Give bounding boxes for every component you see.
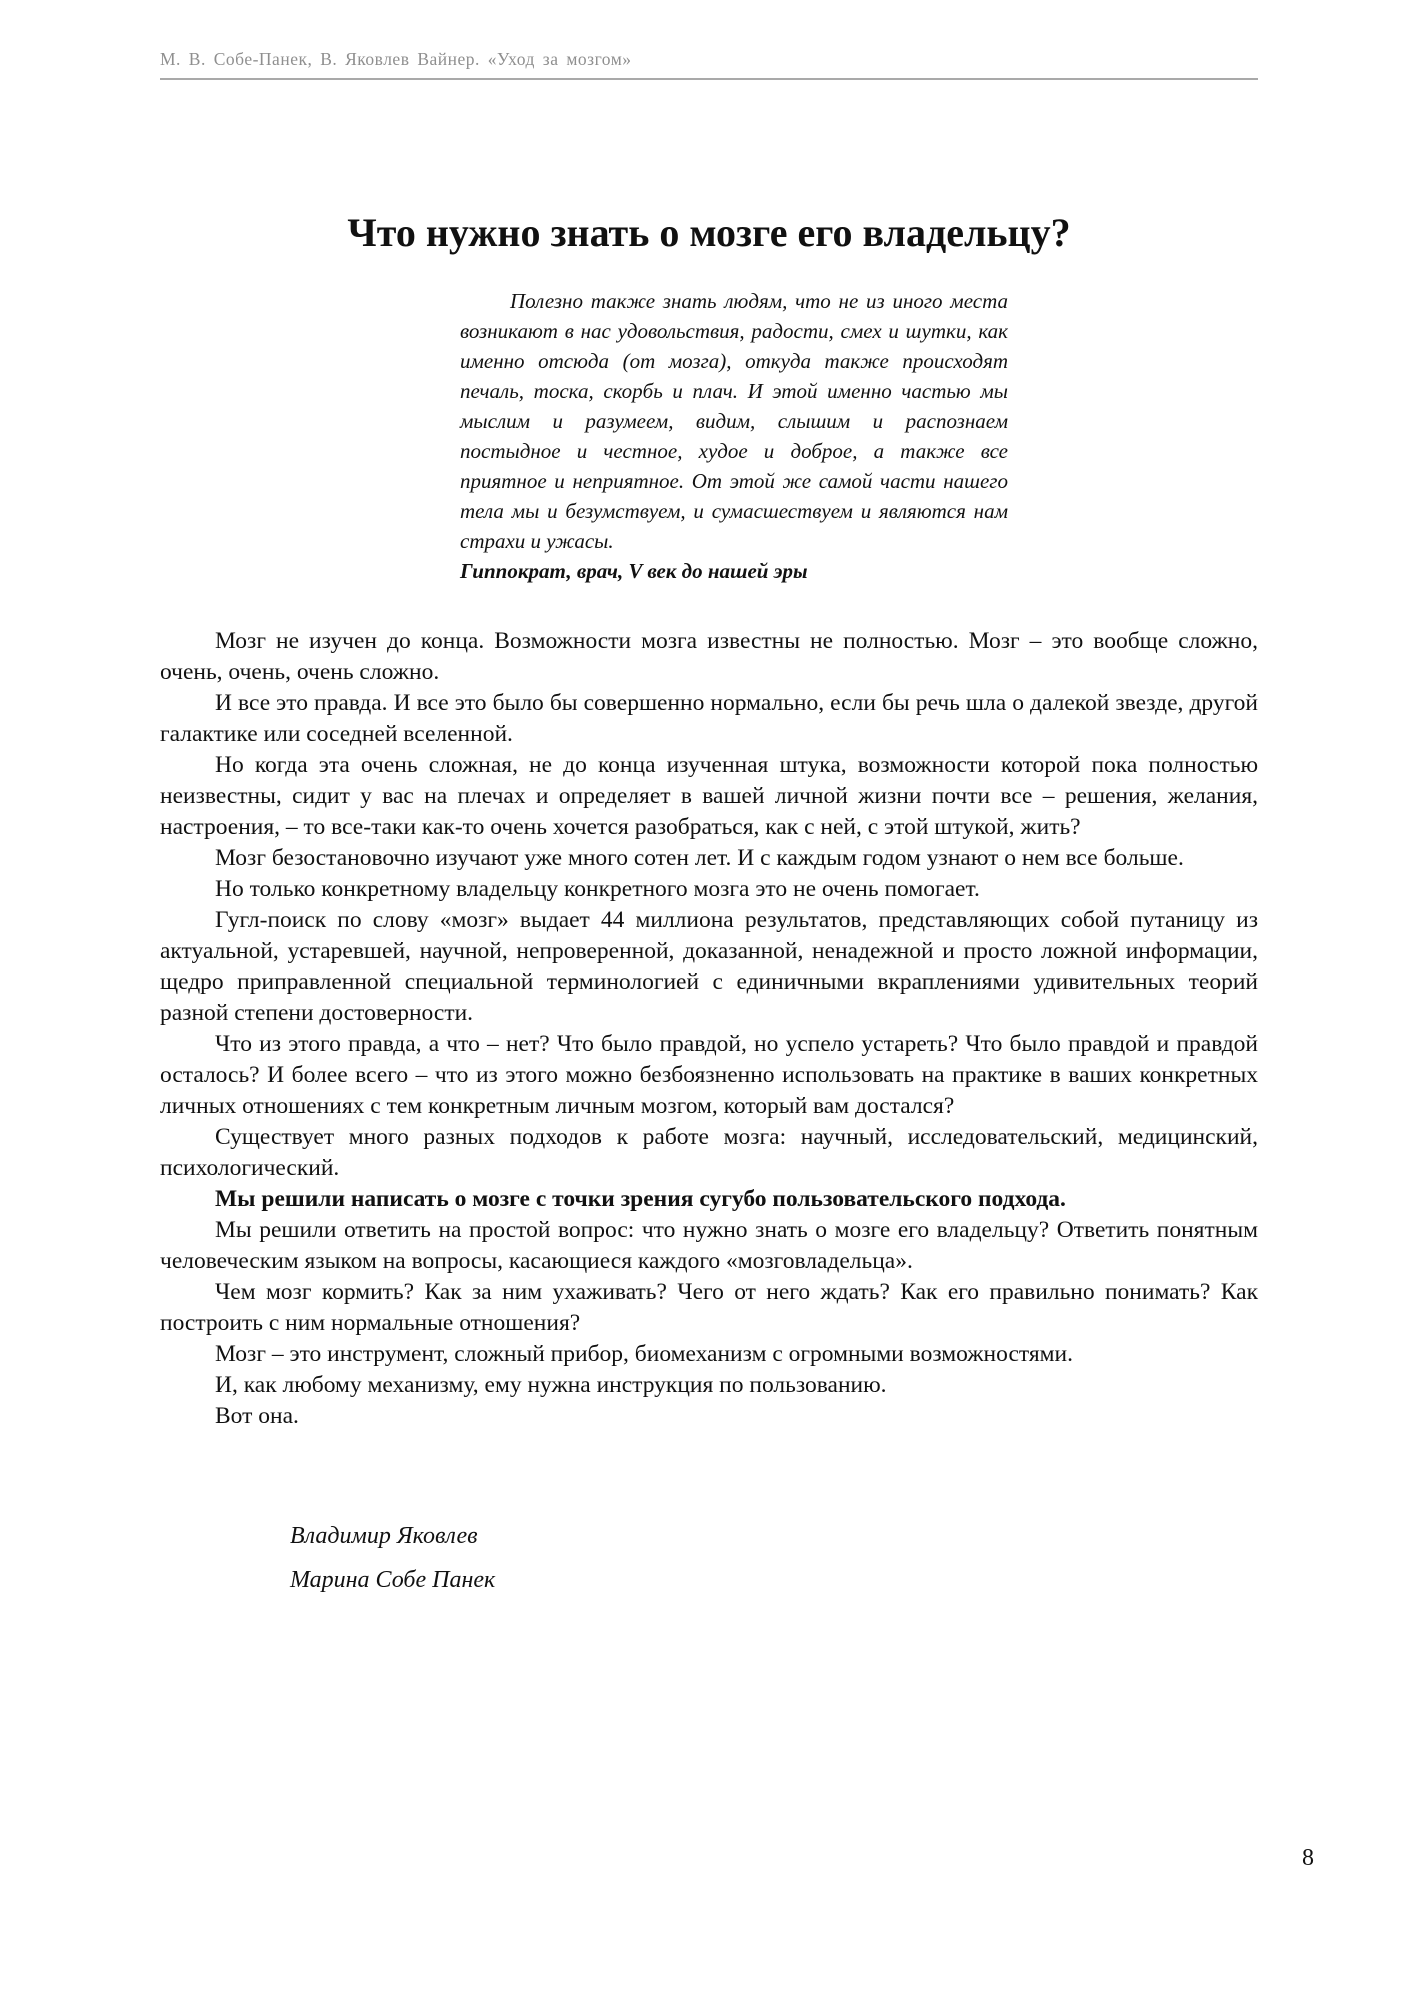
epigraph-attribution: Гиппократ, врач, V век до нашей эры bbox=[460, 556, 1008, 586]
running-header: М. В. Собе-Панек, В. Яковлев Вайнер. «Ух… bbox=[160, 48, 1258, 70]
book-page: М. В. Собе-Панек, В. Яковлев Вайнер. «Ух… bbox=[0, 0, 1414, 2000]
body-paragraph: Мозг не изучен до конца. Возможности моз… bbox=[160, 626, 1258, 688]
body-paragraph: Мы решили ответить на простой вопрос: чт… bbox=[160, 1215, 1258, 1277]
header-rule bbox=[160, 78, 1258, 80]
body-paragraph: Мозг – это инструмент, сложный прибор, б… bbox=[160, 1339, 1258, 1370]
body-paragraph: Мозг безостановочно изучают уже много со… bbox=[160, 843, 1258, 874]
body-paragraph: Что из этого правда, а что – нет? Что бы… bbox=[160, 1029, 1258, 1122]
chapter-title: Что нужно знать о мозге его владельцу? bbox=[160, 208, 1258, 258]
page-number: 8 bbox=[1302, 1845, 1314, 1872]
body-paragraph: Но когда эта очень сложная, не до конца … bbox=[160, 750, 1258, 843]
signature: Владимир ЯковлевМарина Собе Панек bbox=[290, 1514, 1258, 1602]
body-paragraph: И все это правда. И все это было бы сове… bbox=[160, 688, 1258, 750]
body-paragraph: И, как любому механизму, ему нужна инстр… bbox=[160, 1370, 1258, 1401]
epigraph: Полезно также знать людям, что не из ино… bbox=[460, 286, 1008, 586]
body-paragraph: Существует много разных подходов к работ… bbox=[160, 1122, 1258, 1184]
body-paragraph: Гугл-поиск по слову «мозг» выдает 44 мил… bbox=[160, 905, 1258, 1029]
signature-line: Владимир Яковлев bbox=[290, 1514, 1258, 1558]
body-text: Мозг не изучен до конца. Возможности моз… bbox=[160, 626, 1258, 1432]
body-paragraph: Чем мозг кормить? Как за ним ухаживать? … bbox=[160, 1277, 1258, 1339]
body-paragraph: Но только конкретному владельцу конкретн… bbox=[160, 874, 1258, 905]
epigraph-quote: Полезно также знать людям, что не из ино… bbox=[460, 286, 1008, 556]
signature-line: Марина Собе Панек bbox=[290, 1558, 1258, 1602]
body-paragraph: Вот она. bbox=[160, 1401, 1258, 1432]
body-paragraph: Мы решили написать о мозге с точки зрени… bbox=[160, 1184, 1258, 1215]
